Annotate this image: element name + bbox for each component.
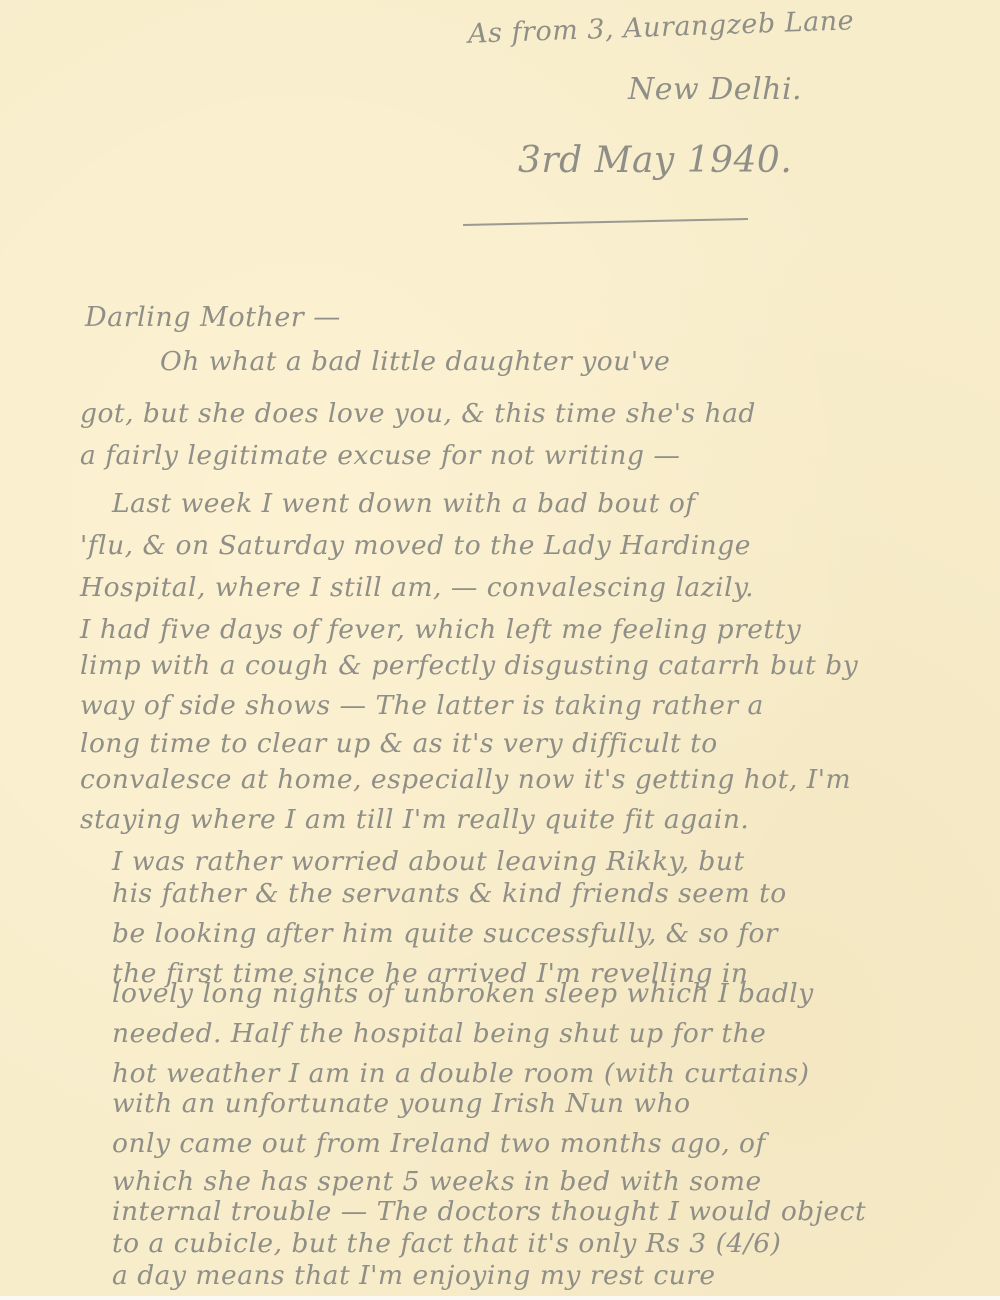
body-line: needed. Half the hospital being shut up … xyxy=(112,1018,766,1049)
body-line: with an unfortunate young Irish Nun who xyxy=(112,1088,691,1119)
body-line: got, but she does love you, & this time … xyxy=(80,398,756,429)
body-line: which she has spent 5 weeks in bed with … xyxy=(112,1166,762,1197)
body-line: 'flu, & on Saturday moved to the Lady Ha… xyxy=(80,530,751,561)
body-line: long time to clear up & as it's very dif… xyxy=(80,728,718,759)
letter-page: As from 3, Aurangzeb Lane New Delhi. 3rd… xyxy=(0,0,1000,1296)
body-line: staying where I am till I'm really quite… xyxy=(80,804,749,835)
body-line: to a cubicle, but the fact that it's onl… xyxy=(112,1228,781,1259)
body-line: I was rather worried about leaving Rikky… xyxy=(112,846,745,877)
address-line-2: New Delhi. xyxy=(628,72,802,107)
body-line: Last week I went down with a bad bout of xyxy=(112,488,696,519)
body-line: his father & the servants & kind friends… xyxy=(112,878,787,909)
body-line: hot weather I am in a double room (with … xyxy=(112,1058,809,1089)
body-line: Hospital, where I still am, — convalesci… xyxy=(80,572,754,603)
body-line: internal trouble — The doctors thought I… xyxy=(112,1196,866,1227)
body-line: only came out from Ireland two months ag… xyxy=(112,1128,766,1159)
body-line: convalesce at home, especially now it's … xyxy=(80,764,851,795)
body-line: be looking after him quite successfully,… xyxy=(112,918,778,949)
body-line: way of side shows — The latter is taking… xyxy=(80,690,764,721)
salutation: Darling Mother — xyxy=(85,302,341,333)
heading-underline xyxy=(463,218,748,226)
body-line: lovely long nights of unbroken sleep whi… xyxy=(112,978,814,1009)
body-line: a fairly legitimate excuse for not writi… xyxy=(80,440,680,471)
body-line: I had five days of fever, which left me … xyxy=(80,614,801,645)
body-line: Oh what a bad little daughter you've xyxy=(160,346,670,377)
address-line-1: As from 3, Aurangzeb Lane xyxy=(468,5,855,49)
body-line: a day means that I'm enjoying my rest cu… xyxy=(112,1260,716,1291)
letter-date: 3rd May 1940. xyxy=(518,140,792,181)
body-line: limp with a cough & perfectly disgusting… xyxy=(80,650,858,681)
